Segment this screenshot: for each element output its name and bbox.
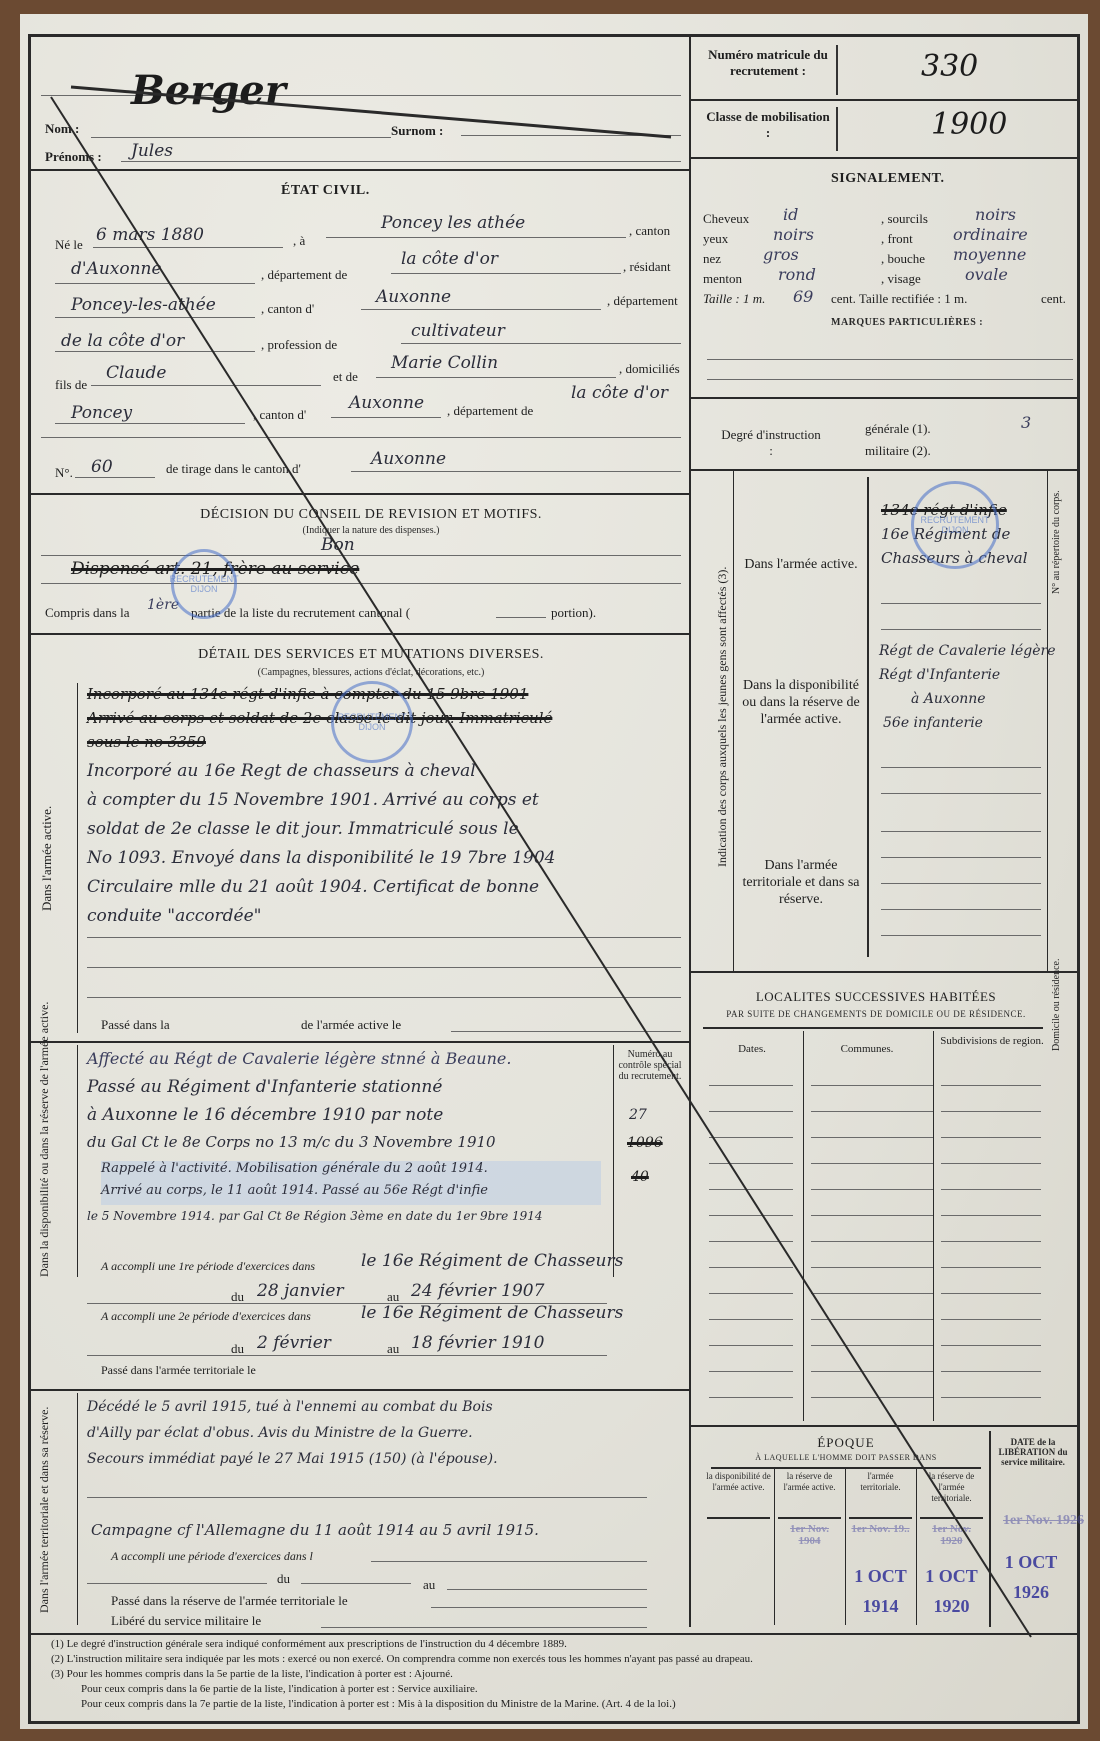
portion-suffix: portion).: [551, 605, 596, 621]
localites-row-line: [811, 1189, 933, 1190]
yeux-label: yeux: [703, 231, 728, 247]
side-label-disponibilite: Dans la disponibilité ou dans la réserve…: [37, 1047, 51, 1277]
canton-domicile: Auxonne: [349, 393, 424, 413]
epoque-subtitle: À LAQUELLE L'HOMME DOIT PASSER DANS: [711, 1453, 981, 1462]
localites-row-line: [709, 1293, 793, 1294]
footnote: Pour ceux compris dans la 7e partie de l…: [51, 1697, 1061, 1712]
controle-value: 40: [631, 1169, 649, 1185]
epoque-column-header: la réserve de l'armée active.: [776, 1471, 843, 1493]
fils-de-label: fils de: [55, 377, 87, 393]
epoque-column-header: l'armée territoriale.: [847, 1471, 914, 1493]
localites-row-line: [811, 1267, 933, 1268]
document-page: Nom : Berger Surnom : Prénoms : Jules Nu…: [20, 14, 1088, 1729]
menton-value: rond: [778, 265, 816, 284]
localites-row-line: [811, 1137, 933, 1138]
visage-value: ovale: [965, 265, 1008, 284]
residence: Poncey-les-athée: [71, 295, 216, 315]
liberation-label: DATE de la LIBÉRATION du service militai…: [993, 1437, 1073, 1467]
visage-label: , visage: [881, 271, 921, 287]
classe-label: Classe de mobilisation :: [703, 109, 833, 141]
localites-row-line: [941, 1319, 1041, 1320]
surnom-label: Surnom :: [391, 123, 443, 139]
localites-row-line: [941, 1241, 1041, 1242]
epoque-date-stamp: 1 OCT 1920: [920, 1561, 983, 1621]
footnote: (2) L'instruction militaire sera indiqué…: [51, 1652, 1061, 1667]
cent-label: cent.: [1041, 291, 1066, 307]
rappel-line: le 5 Novembre 1914. par Gal Ct 8e Région…: [87, 1209, 543, 1223]
passe-reserve-terr-label: Passé dans la réserve de l'armée territo…: [111, 1593, 348, 1609]
affectation-dispo-line: Régt d'Infanterie: [879, 667, 1000, 683]
pere: Claude: [106, 363, 166, 383]
localites-row-line: [709, 1215, 793, 1216]
repertoire-label: N° au répertoire du corps.: [1051, 487, 1062, 597]
deces-line: d'Ailly par éclat d'obus. Avis du Minist…: [87, 1425, 647, 1451]
du-label: du: [277, 1571, 290, 1587]
matricule-value: 330: [921, 49, 978, 84]
signalement-fields: Cheveux id , sourcils noirs yeux noirs ,…: [703, 211, 1073, 311]
instruction-generale-value: 3: [1021, 413, 1031, 432]
dispo-line: Passé au Régiment d'Infanterie stationné: [87, 1077, 601, 1105]
localites-row-line: [709, 1267, 793, 1268]
localites-row-line: [941, 1397, 1041, 1398]
liberation-date-stamp: 1 OCT 1926: [999, 1547, 1063, 1607]
recrutement-stamp-2: RECRUTEMENT DIJON: [331, 681, 413, 763]
epoque-column-header: la réserve de l'armée territoriale.: [918, 1471, 985, 1504]
column-divider: [689, 37, 691, 1627]
localites-side-label: Domicile ou résidence.: [1051, 981, 1062, 1051]
controle-label: Numéro au contrôle spécial du recrutemen…: [615, 1049, 685, 1082]
instruction-generale-label: générale (1).: [865, 421, 931, 437]
tirage-no-label: N°.: [55, 465, 73, 481]
recrutement-stamp-3: RECRUTEMENT DIJON: [911, 481, 999, 569]
date-naissance: 6 mars 1880: [96, 225, 204, 245]
profession-label: , profession de: [261, 337, 337, 353]
nom-value: Berger: [131, 67, 286, 114]
localites-row-line: [811, 1215, 933, 1216]
epoque-column-divider: [845, 1469, 846, 1625]
localites-title: LOCALITES SUCCESSIVES HABITÉES: [711, 989, 1041, 1005]
campagne: Campagne cf l'Allemagne du 11 août 1914 …: [91, 1521, 539, 1539]
registre-matricule-sheet: Nom : Berger Surnom : Prénoms : Jules Nu…: [28, 34, 1080, 1724]
controle-value: 1096: [627, 1135, 663, 1151]
dispo-line: du Gal Ct le 8e Corps no 13 m/c du 3 Nov…: [87, 1133, 601, 1161]
tirage-numero: 60: [91, 457, 113, 477]
profession: cultivateur: [411, 321, 505, 341]
services-line: conduite "accordée": [87, 906, 681, 935]
localites-row-line: [709, 1397, 793, 1398]
rappel-slip: Rappelé à l'activité. Mobilisation génér…: [101, 1161, 601, 1205]
side-label-active: Dans l'armée active.: [39, 683, 55, 1033]
lieu-naissance: Poncey les athée: [381, 213, 525, 233]
departement-naissance: la côte d'or: [401, 249, 498, 269]
ne-le-label: Né le: [55, 237, 83, 253]
deces-entries: Décédé le 5 avril 1915, tué à l'ennemi a…: [87, 1399, 647, 1477]
tirage-canton: Auxonne: [371, 449, 446, 469]
localites-row-line: [811, 1163, 933, 1164]
decision-subtitle: (Indiquer la nature des dispenses.): [161, 525, 581, 536]
side-label-territoriale: Dans l'armée territoriale et dans sa rés…: [37, 1395, 51, 1625]
deces-line: Décédé le 5 avril 1915, tué à l'ennemi a…: [87, 1399, 647, 1425]
nez-value: gros: [763, 245, 799, 264]
localites-row-line: [709, 1189, 793, 1190]
localites-row-line: [811, 1397, 933, 1398]
footnote: (3) Pour les hommes compris dans la 5e p…: [51, 1667, 1061, 1682]
localites-row-line: [811, 1241, 933, 1242]
et-de-label: et de: [333, 369, 358, 385]
au-label: au: [423, 1577, 435, 1593]
localites-row-line: [811, 1111, 933, 1112]
front-value: ordinaire: [953, 225, 1028, 244]
domicile: Poncey: [71, 403, 132, 423]
etat-civil-title: ÉTAT CIVIL.: [281, 183, 370, 199]
marques-label: MARQUES PARTICULIÈRES :: [831, 317, 983, 328]
localites-row-line: [941, 1371, 1041, 1372]
nom-label: Nom :: [45, 121, 79, 137]
localites-row-line: [709, 1319, 793, 1320]
footnote: (1) Le degré d'instruction générale sera…: [51, 1637, 1061, 1652]
localites-row-line: [941, 1267, 1041, 1268]
localites-row-line: [941, 1215, 1041, 1216]
localites-subtitle: PAR SUITE DE CHANGEMENTS DE DOMICILE OU …: [711, 1009, 1041, 1019]
localites-row-line: [941, 1085, 1041, 1086]
periode2-au: 18 février 1910: [411, 1333, 544, 1353]
localites-row-line: [941, 1137, 1041, 1138]
liberation-struck: 1er Nov. 1926: [1003, 1513, 1084, 1529]
localites-row-line: [709, 1163, 793, 1164]
passe-suffix: de l'armée active le: [301, 1017, 401, 1033]
passe-dans-label: Passé dans la: [101, 1017, 170, 1033]
services-line: Circulaire mlle du 21 août 1904. Certifi…: [87, 877, 681, 906]
epoque-title: ÉPOQUE: [711, 1435, 981, 1451]
localites-col-communes: Communes.: [807, 1043, 927, 1055]
passe-territoriale-label: Passé dans l'armée territoriale le: [101, 1363, 256, 1378]
residant-label: , résidant: [623, 259, 671, 275]
rappel-line: Arrivé au corps, le 11 août 1914. Passé …: [101, 1183, 601, 1205]
taille-value: 69: [793, 287, 813, 306]
instruction-militaire-label: militaire (2).: [865, 443, 931, 459]
periode2-label: A accompli une 2e période d'exercices da…: [101, 1309, 311, 1324]
affectation-dispo-line: 56e infanterie: [883, 715, 983, 731]
cheveux-value: id: [783, 205, 798, 224]
canton-residence: Auxonne: [376, 287, 451, 307]
departement-residence-label: , département: [607, 293, 678, 309]
corps-affectes-side-label: Indication des corps auxquels les jeunes…: [715, 477, 730, 957]
localites-row-line: [811, 1371, 933, 1372]
localites-row-line: [709, 1111, 793, 1112]
menton-label: menton: [703, 271, 742, 287]
localites-table: [703, 1075, 1047, 1415]
localites-row-line: [811, 1319, 933, 1320]
periode1-du: 28 janvier: [257, 1281, 344, 1301]
departement-domicile-label: , département de: [447, 403, 533, 419]
localites-row-line: [941, 1111, 1041, 1112]
sourcils-label: , sourcils: [881, 211, 928, 227]
prenoms-value: Jules: [131, 141, 173, 161]
epoque-struck-value: 1er Nov. 1904: [778, 1523, 841, 1547]
localites-row-line: [941, 1189, 1041, 1190]
epoque-struck-value: 1er Nov. 1920: [920, 1523, 983, 1547]
affectation-disponibilite-label: Dans la disponibilité ou dans la réserve…: [741, 677, 861, 728]
localites-row-line: [709, 1085, 793, 1086]
epoque-table: la disponibilité de l'armée active.la ré…: [703, 1469, 989, 1625]
a-label: , à: [293, 233, 305, 249]
localites-col-dates: Dates.: [707, 1043, 797, 1055]
periode1-au: 24 février 1907: [411, 1281, 544, 1301]
services-title: DÉTAIL DES SERVICES ET MUTATIONS DIVERSE…: [131, 647, 611, 663]
bouche-label: , bouche: [881, 251, 925, 267]
deces-line: Secours immédiat payé le 27 Mai 1915 (15…: [87, 1451, 647, 1477]
localites-row-line: [941, 1345, 1041, 1346]
prenoms-label: Prénoms :: [45, 149, 102, 165]
localites-row-line: [811, 1345, 933, 1346]
epoque-date-stamp: 1 OCT 1914: [849, 1561, 912, 1621]
localites-row-line: [709, 1137, 793, 1138]
services-line: à compter du 15 Novembre 1901. Arrivé au…: [87, 790, 681, 819]
nez-label: nez: [703, 251, 721, 267]
canton-domicile-label: , canton d': [253, 407, 306, 423]
recrutement-stamp-1: RECRUTEMENT DIJON: [171, 549, 237, 619]
classe-value: 1900: [931, 107, 1007, 142]
instruction-label: Degré d'instruction :: [721, 427, 821, 459]
periode1-label: A accompli une 1re période d'exercices d…: [101, 1259, 315, 1274]
departement-label: , département de: [261, 267, 347, 283]
yeux-value: noirs: [773, 225, 814, 244]
services-subtitle: (Campagnes, blessures, actions d'éclat, …: [131, 667, 611, 678]
footnote: Pour ceux compris dans la 6e partie de l…: [51, 1682, 1061, 1697]
localites-row-line: [941, 1163, 1041, 1164]
dispo-line: à Auxonne le 16 décembre 1910 par note: [87, 1105, 601, 1133]
front-label: , front: [881, 231, 913, 247]
epoque-column-divider: [916, 1469, 917, 1625]
domicilies-label: , domiciliés: [619, 361, 680, 377]
periode-terr-label: A accompli une période d'exercices dans …: [111, 1549, 313, 1564]
canton-residence-label: , canton d': [261, 301, 314, 317]
canton-label: , canton: [629, 223, 670, 239]
localites-row-line: [709, 1345, 793, 1346]
footnotes: (1) Le degré d'instruction générale sera…: [51, 1637, 1061, 1712]
mere: Marie Collin: [391, 353, 498, 373]
affectation-dispo-line: Régt de Cavalerie légère: [879, 643, 1056, 659]
decision-value: Bon: [321, 535, 355, 555]
cheveux-label: Cheveux: [703, 211, 749, 227]
localites-row-line: [709, 1371, 793, 1372]
taille-rectifiee-label: cent. Taille rectifiée : 1 m.: [831, 291, 967, 307]
controle-value: 27: [629, 1107, 647, 1123]
periode2-corps: le 16e Régiment de Chasseurs: [361, 1303, 623, 1323]
rappel-line: Rappelé à l'activité. Mobilisation génér…: [101, 1161, 601, 1183]
localites-row-line: [709, 1241, 793, 1242]
canton-naissance: d'Auxonne: [71, 259, 162, 279]
departement-domicile: la côte d'or: [571, 383, 668, 403]
periode1-corps: le 16e Régiment de Chasseurs: [361, 1251, 623, 1271]
localites-row-line: [811, 1293, 933, 1294]
departement-residence: de la côte d'or: [61, 331, 184, 351]
epoque-column-header: la disponibilité de l'armée active.: [705, 1471, 772, 1493]
services-line: soldat de 2e classe le dit jour. Immatri…: [87, 819, 681, 848]
localites-col-subdivisions: Subdivisions de region.: [937, 1035, 1047, 1047]
epoque-struck-value: 1er Nov. 19..: [849, 1523, 912, 1535]
services-line: No 1093. Envoyé dans la disponibilité le…: [87, 848, 681, 877]
tirage-label: de tirage dans le canton d': [166, 461, 301, 477]
epoque-column-divider: [774, 1469, 775, 1625]
periode2-du: 2 février: [257, 1333, 331, 1353]
taille-label: Taille : 1 m.: [703, 291, 765, 307]
signalement-title: SIGNALEMENT.: [831, 171, 944, 187]
localites-row-line: [941, 1293, 1041, 1294]
affectation-territoriale-label: Dans l'armée territoriale et dans sa rés…: [741, 857, 861, 908]
compris-label: Compris dans la: [45, 605, 130, 621]
affectation-dispo-line: à Auxonne: [911, 691, 986, 707]
sourcils-value: noirs: [975, 205, 1016, 224]
libere-label: Libéré du service militaire le: [111, 1613, 261, 1629]
affectation-active-label: Dans l'armée active.: [741, 557, 861, 573]
services-line: Incorporé au 16e Regt de chasseurs à che…: [87, 761, 681, 790]
dispo-entries: Affecté au Régt de Cavalerie légère stnn…: [87, 1049, 601, 1161]
bouche-value: moyenne: [953, 245, 1026, 264]
localites-row-line: [811, 1085, 933, 1086]
matricule-label: Numéro matricule du recrutement :: [703, 47, 833, 79]
decision-title: DÉCISION DU CONSEIL DE REVISION ET MOTIF…: [161, 507, 581, 523]
dispo-line: Affecté au Régt de Cavalerie légère stnn…: [87, 1049, 601, 1077]
